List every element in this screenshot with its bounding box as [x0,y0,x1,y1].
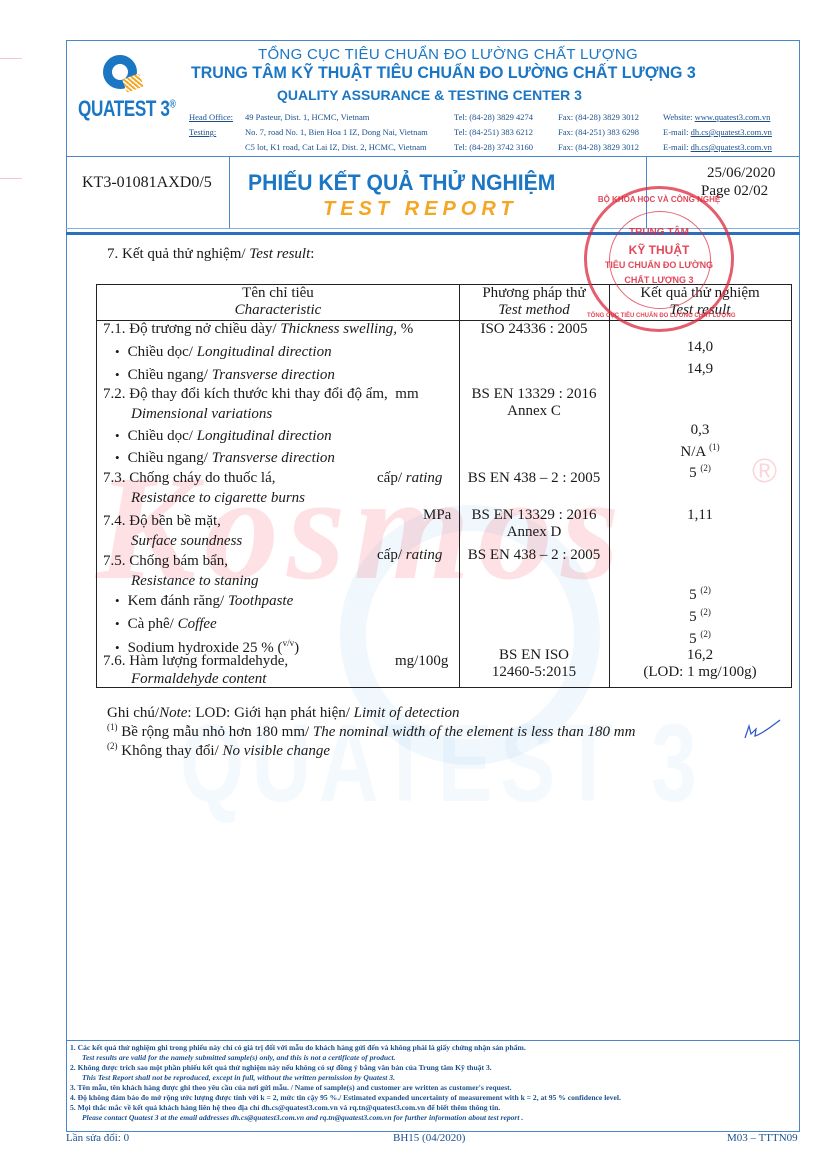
title-divider-left [229,157,230,228]
official-stamp: BỘ KHOA HỌC VÀ CÔNG NGHỆ TRUNG TÂM KỸ TH… [584,186,734,332]
row-7-4-method: BS EN 13329 : 2016Annex D [459,507,609,541]
footer-divider [66,1040,800,1041]
office-address: 49 Pasteur, Dist. 1, HCMC, Vietnam [245,112,369,122]
scan-mark [0,58,22,59]
row-7-2-transverse-result: N/A (1) [609,442,791,461]
report-code: KT3-01081AXD0/5 [82,174,212,192]
row-7-1-transverse-result: 14,9 [609,361,791,378]
signature-initials-icon [742,718,782,742]
row-7-5-toothpaste: Kem đánh răng/ Toothpaste [115,593,293,610]
office-contact: Website: www.quatest3.com.vn [663,112,770,122]
row-7-1-transverse: Chiều ngang/ Transverse direction [115,367,335,384]
row-7-5-coffee: Cà phê/ Coffee [115,616,217,633]
row-7-6-label-en: Formaldehyde content [131,671,266,688]
row-7-5-toothpaste-result: 5 (2) [609,585,791,604]
results-table: Tên chỉ tiêuCharacteristic Phương pháp t… [96,284,792,688]
row-7-4-unit: MPa [423,507,451,524]
row-7-2-transverse: Chiều ngang/ Transverse direction [115,450,335,467]
report-title-vi: PHIẾU KẾT QUẢ THỬ NGHIỆM [248,170,555,196]
form-code: BH15 (04/2020) [393,1132,465,1144]
row-7-5-label: 7.5. Chống bám bẩn, [103,553,228,570]
row-7-6-label: 7.6. Hàm lượng formaldehyde, [103,653,288,670]
row-7-1-longitudinal-result: 14,0 [609,339,791,356]
office-address: C5 lot, K1 road, Cat Lai IZ, Dist. 2, HC… [245,142,427,152]
row-7-4-result: 1,11 [609,507,791,524]
scan-mark [0,178,22,179]
website-link[interactable]: www.quatest3.com.vn [695,112,771,122]
center-name-vi: TRUNG TÂM KỸ THUẬT TIÊU CHUẨN ĐO LƯỜNG C… [191,63,696,83]
row-7-5-label-en: Resistance to staning [131,573,259,590]
footer-note-5: 5. Mọi thắc mắc về kết quả khách hàng li… [70,1103,500,1112]
office-contact: E-mail: dh.cs@quatest3.com.vn [663,142,772,152]
office-label: Testing: [189,127,216,137]
report-date: 25/06/2020 [707,165,775,182]
row-7-2-longitudinal-result: 0,3 [609,422,791,439]
office-label: Head Office: [189,112,233,122]
header-divider [66,156,800,157]
office-tel: Tel: (84-28) 3829 4274 [454,112,533,122]
row-7-6-result: 16,2(LOD: 1 mg/100g) [609,647,791,681]
row-7-4-label: 7.4. Độ bền bề mặt, [103,513,221,530]
row-7-2-label-en: Dimensional variations [131,406,272,423]
row-7-6-method: BS EN ISO12460-5:2015 [459,647,609,681]
revision-number: Lần sửa đổi: 0 [66,1132,129,1144]
office-address: No. 7, road No. 1, Bien Hoa 1 IZ, Dong N… [245,127,428,137]
row-7-5-sodium-hydroxide-result: 5 (2) [609,629,791,648]
row-7-6-unit: mg/100g [395,653,448,670]
section-title: 7. Kết quả thử nghiệm/ Test result: [107,246,314,263]
email-link[interactable]: dh.cs@quatest3.com.vn [691,127,772,137]
note-lod: Ghi chú/Note: LOD: Giới hạn phát hiện/ L… [107,705,460,722]
header-characteristic: Tên chỉ tiêuCharacteristic [97,285,459,319]
email-link[interactable]: dh.cs@quatest3.com.vn [691,142,772,152]
note-2: (2) Không thay đổi/ No visible change [107,741,330,760]
row-7-3-label-en: Resistance to cigarette burns [131,490,305,507]
office-fax: Fax: (84-251) 383 6298 [558,127,639,137]
report-title-en: TEST REPORT [323,198,518,221]
logo-text: QUATEST 3® [78,96,175,122]
row-7-2-method: BS EN 13329 : 2016Annex C [459,386,609,420]
row-7-1-longitudinal: Chiều dọc/ Longitudinal direction [115,344,332,361]
row-7-2-longitudinal: Chiều dọc/ Longitudinal direction [115,428,332,445]
row-7-3-label: 7.3. Chống cháy do thuốc lá, [103,470,275,487]
footer-note-3: 3. Tên mẫu, tên khách hàng được ghi theo… [70,1083,512,1092]
office-tel: Tel: (84-251) 383 6212 [454,127,533,137]
footer-note-2-en: This Test Report shall not be reproduced… [82,1073,395,1082]
row-7-5-unit: cấp/ rating [377,547,442,564]
row-7-3-method: BS EN 438 – 2 : 2005 [459,470,609,487]
center-name-en: QUALITY ASSURANCE & TESTING CENTER 3 [277,87,582,103]
agency-name: TỔNG CỤC TIÊU CHUẨN ĐO LƯỜNG CHẤT LƯỢNG [258,46,638,63]
row-7-1-method: ISO 24336 : 2005 [459,321,609,338]
row-7-3-unit: cấp/ rating [377,470,442,487]
office-fax: Fax: (84-28) 3829 3012 [558,112,639,122]
row-7-5-method: BS EN 438 – 2 : 2005 [459,547,609,564]
footer-note-5-en: Please contact Quatest 3 at the email ad… [82,1113,523,1122]
document-code: M03 – TTTN09 [727,1132,798,1144]
note-1: (1) Bề rộng mẫu nhỏ hơn 180 mm/ The nomi… [107,722,635,741]
office-contact: E-mail: dh.cs@quatest3.com.vn [663,127,772,137]
row-7-4-label-en: Surface soundness [131,533,242,550]
row-7-5-coffee-result: 5 (2) [609,607,791,626]
row-7-2-label: 7.2. Độ thay đổi kích thước khi thay đổi… [103,386,419,403]
office-fax: Fax: (84-28) 3829 3012 [558,142,639,152]
row-7-3-result: 5 (2) [609,463,791,482]
row-7-1-label: 7.1. Độ trương nở chiều dày/ Thickness s… [103,321,413,338]
footer-note-2: 2. Không được trích sao một phần phiếu k… [70,1063,492,1072]
office-tel: Tel: (84-28) 3742 3160 [454,142,533,152]
footer-note-1: 1. Các kết quả thử nghiệm ghi trong phiế… [70,1043,526,1052]
footer-note-1-en: Test results are valid for the namely su… [82,1053,396,1062]
footer-note-4: 4. Độ không đảm bảo đo mở rộng ước lượng… [70,1093,621,1102]
